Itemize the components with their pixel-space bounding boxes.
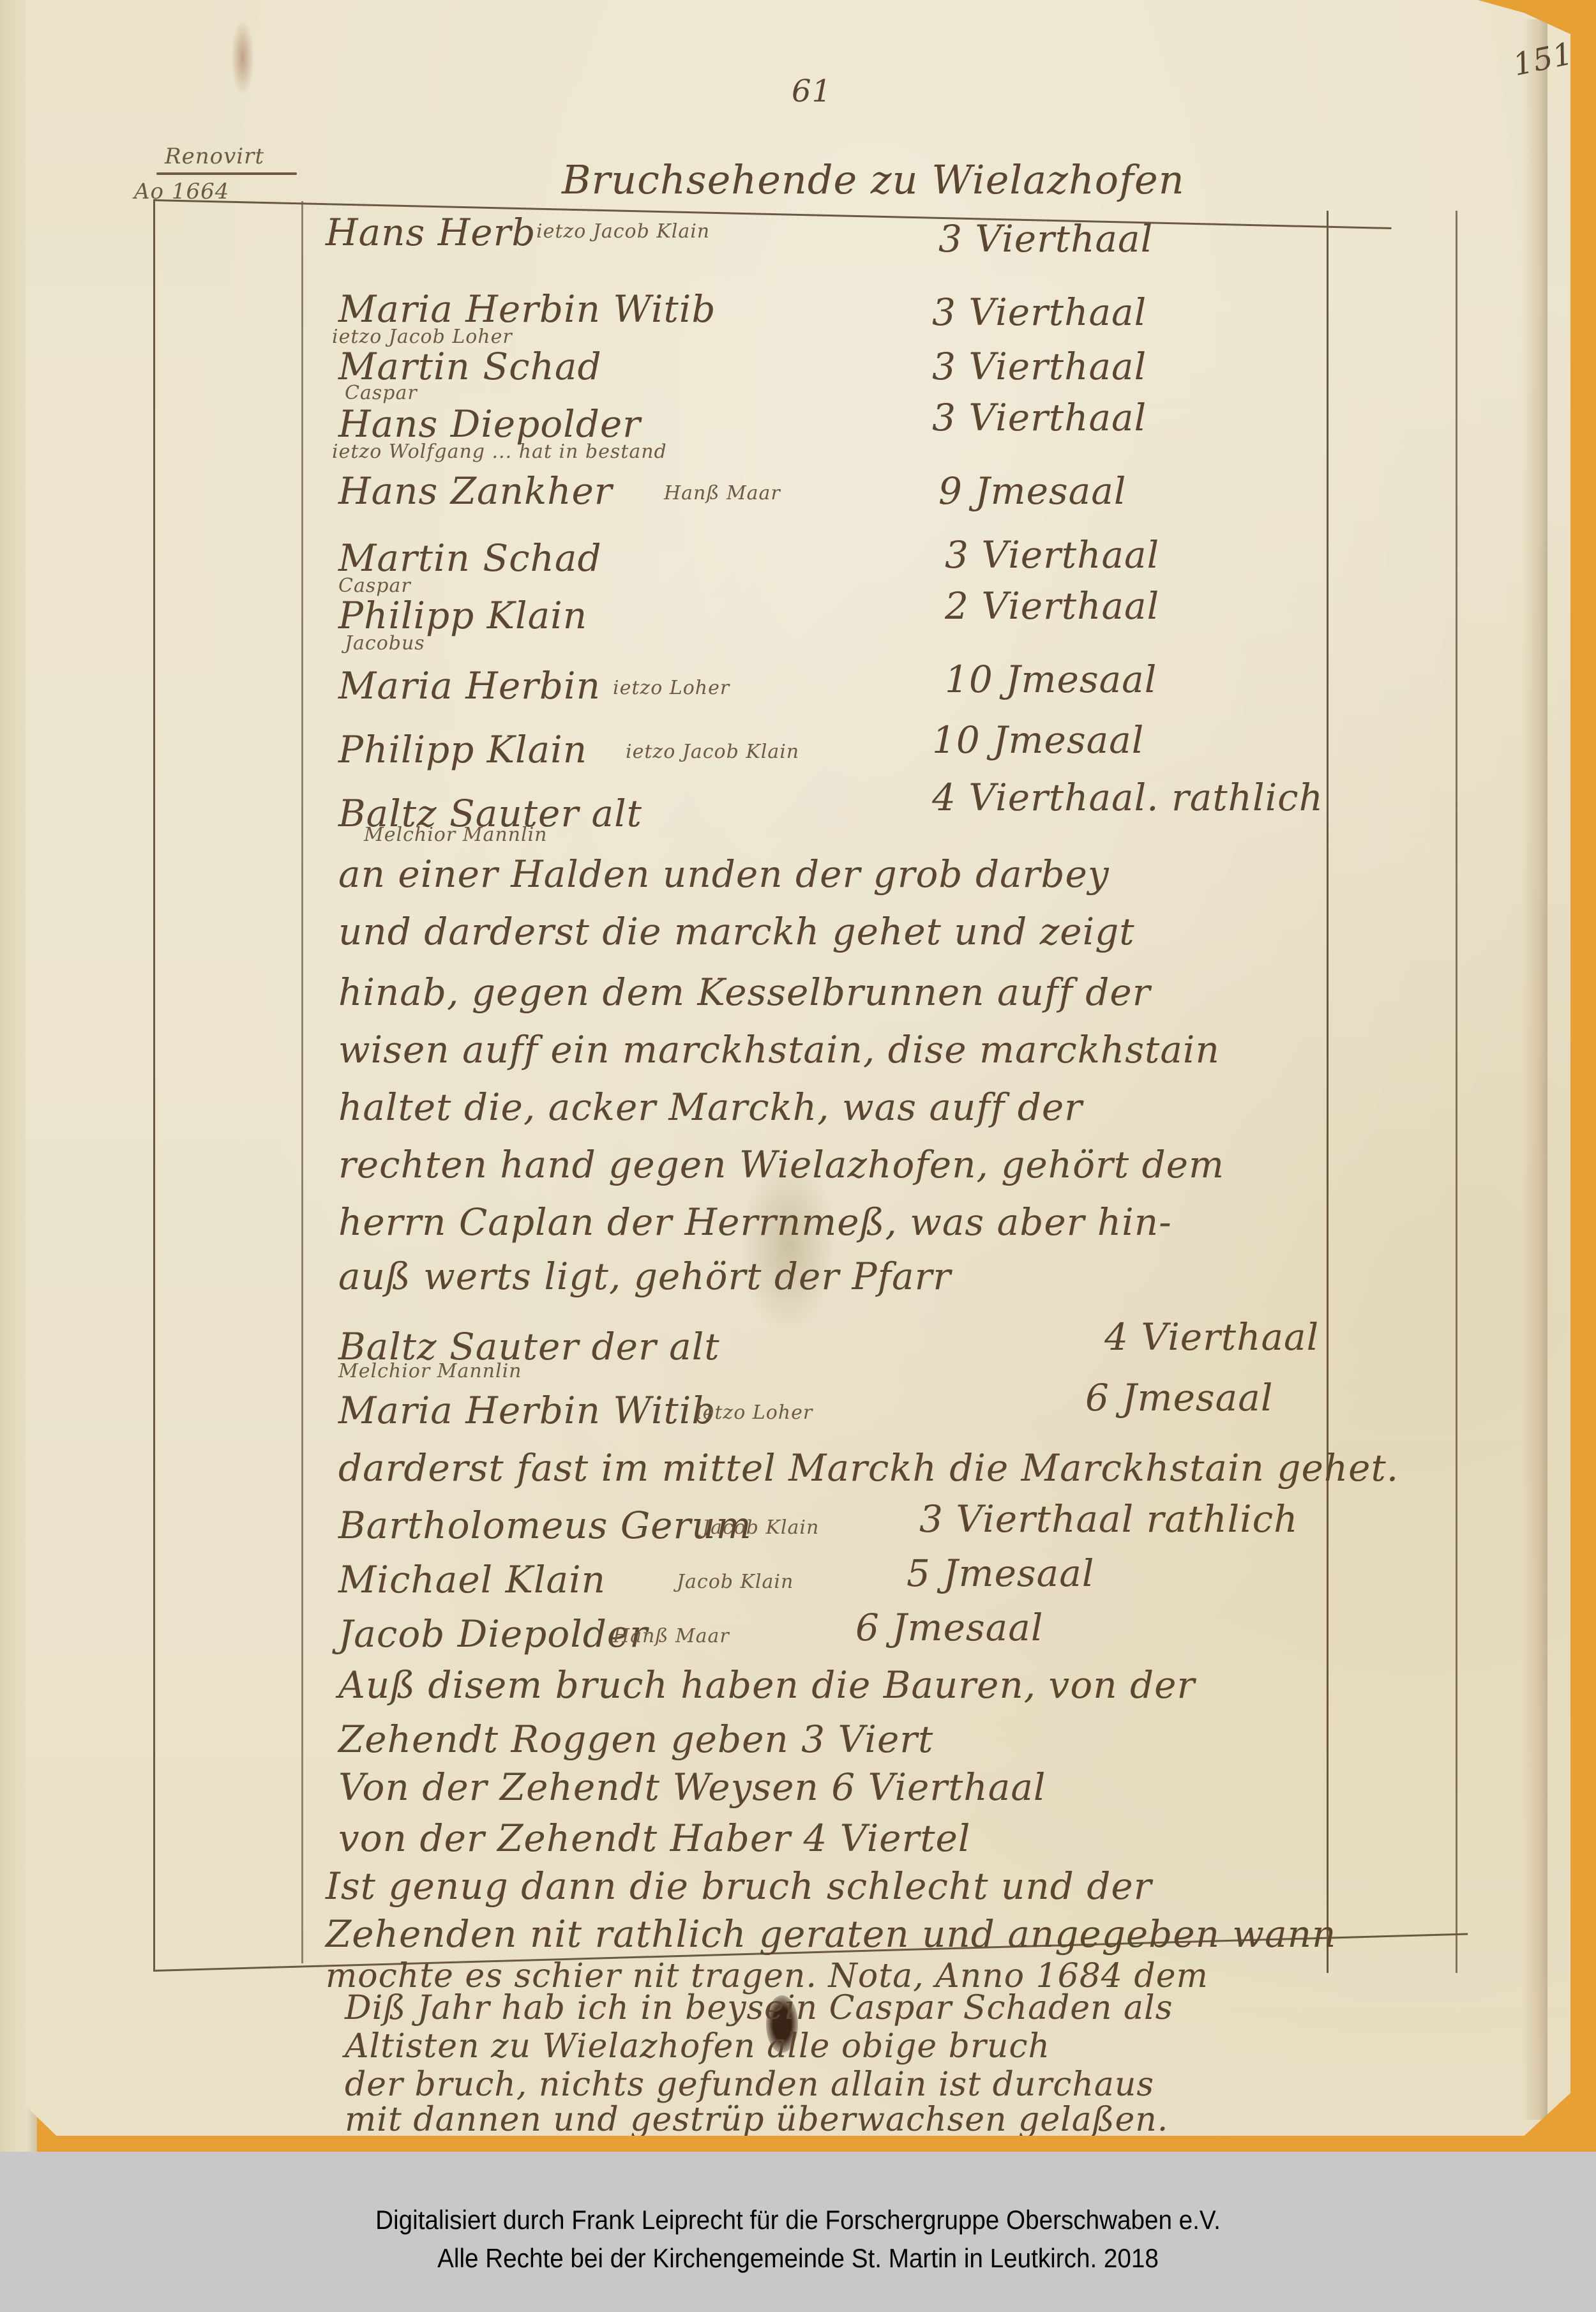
entry-note: Hanß Maar — [613, 1625, 730, 1647]
entry-note: ietzo Jacob Klain — [536, 220, 710, 243]
caption-rights: Alle Rechte bei der Kirchengemeinde St. … — [64, 2243, 1532, 2274]
entry-name: Jacob Diepolder — [338, 1612, 648, 1656]
page-edge-shadow — [1522, 19, 1547, 2120]
text-line: auß werts ligt, gehört der Pfarr — [338, 1255, 951, 1298]
entry-name: Bartholomeus Gerum — [338, 1504, 752, 1547]
entry-note: ietzo Wolfgang ... hat in bestand — [332, 441, 667, 463]
entry-amount: 6 Jmesaal — [855, 1606, 1043, 1649]
entry-note: Melchior Mannlin — [338, 1360, 522, 1382]
entry-amount: 4 Vierthaal — [1104, 1315, 1319, 1359]
entry-note: Jacobus — [345, 632, 425, 654]
manuscript-page: 61 151 Renovirt Ao 1664 Bruchsehende zu … — [26, 0, 1570, 2136]
entry-amount: 3 Vierthaal — [938, 217, 1153, 261]
entry-amount: 9 Jmesaal — [938, 469, 1126, 513]
margin-note-line1: Renovirt — [165, 144, 264, 169]
entry-amount: 3 Vierthaal — [945, 533, 1159, 577]
text-line: wisen auff ein marckhstain, dise marckhs… — [338, 1028, 1220, 1071]
caption-digitization: Digitalisiert durch Frank Leiprecht für … — [64, 2205, 1532, 2235]
entry-amount: 6 Jmesaal — [1085, 1376, 1273, 1419]
entry-name: Philipp Klain — [338, 594, 587, 637]
entry-amount: 10 Jmesaal — [932, 718, 1144, 762]
entry-amount: 2 Vierthaal — [945, 584, 1159, 628]
entry-name: Michael Klain — [338, 1558, 606, 1601]
margin-note-underline — [156, 172, 297, 175]
entry-note: Jacob Klain — [677, 1571, 794, 1593]
entry-name: Hans Herb — [326, 211, 536, 254]
entry-note: Melchior Mannlin — [364, 824, 547, 846]
folio-number: 151 — [1510, 36, 1576, 83]
text-line: rechten hand gegen Wielazhofen, gehört d… — [338, 1143, 1224, 1186]
frame-far-right-rule — [1456, 211, 1457, 1973]
text-line: und darderst die marckh gehet und zeigt — [338, 910, 1135, 953]
margin-note-line2: Ao 1664 — [134, 179, 229, 204]
foxing-spot — [231, 19, 254, 96]
frame-left-rule — [153, 199, 155, 1971]
entry-note: ietzo Loher — [613, 677, 730, 699]
page-number-center: 61 — [792, 73, 832, 109]
entry-name: Maria Herbin — [338, 664, 601, 707]
entry-amount: 4 Vierthaal. rathlich — [932, 776, 1323, 819]
entry-name: Maria Herbin Witib — [338, 1389, 716, 1432]
entry-amount: 10 Jmesaal — [945, 658, 1157, 701]
text-line: Diß Jahr hab ich in beysein Caspar Schad… — [345, 1989, 1173, 2027]
text-line: Zehendt Roggen geben 3 Viert — [338, 1718, 933, 1761]
text-line: haltet die, acker Marckh, was auff der — [338, 1085, 1083, 1129]
entry-note: Jacob Klain — [702, 1516, 819, 1539]
text-line: Ist genug dann die bruch schlecht und de… — [326, 1864, 1152, 1908]
archive-caption-band: Digitalisiert durch Frank Leiprecht für … — [0, 2152, 1596, 2312]
text-line: der bruch, nichts gefunden allain ist du… — [345, 2066, 1154, 2104]
entry-note: Caspar — [345, 382, 418, 404]
entry-note: ietzo Jacob Klain — [626, 741, 799, 763]
entry-amount: 5 Jmesaal — [907, 1552, 1094, 1595]
text-line: Von der Zehendt Weysen 6 Vierthaal — [338, 1765, 1046, 1809]
entry-name: Martin Schad — [338, 536, 602, 580]
text-line: herrn Caplan der Herrnmeß, was aber hin- — [338, 1200, 1172, 1244]
text-line: Zehenden nit rathlich geraten und angege… — [326, 1912, 1336, 1956]
text-line: Altisten zu Wielazhofen alle obige bruch — [345, 2027, 1050, 2066]
text-line: darderst fast im mittel Marckh die Marck… — [338, 1446, 1399, 1490]
entry-name: Maria Herbin Witib — [338, 287, 716, 331]
frame-right-rule — [1327, 211, 1329, 1973]
entry-amount: 3 Vierthaal rathlich — [919, 1497, 1299, 1541]
entry-note: ietzo Loher — [696, 1402, 813, 1424]
entry-note: Hanß Maar — [664, 482, 781, 504]
text-line: an einer Halden unden der grob darbey — [338, 852, 1110, 896]
entry-amount: 3 Vierthaal — [932, 345, 1147, 388]
entry-name: Hans Zankher — [338, 469, 613, 513]
text-line: hinab, gegen dem Kesselbrunnen auff der — [338, 971, 1150, 1014]
entry-amount: 3 Vierthaal — [932, 396, 1147, 439]
text-line: mit dannen und gestrüp überwachsen gelaß… — [345, 2101, 1168, 2139]
frame-inner-left-rule — [301, 201, 303, 1963]
text-line: von der Zehendt Haber 4 Viertel — [338, 1817, 970, 1860]
entry-amount: 3 Vierthaal — [932, 291, 1147, 334]
entry-name: Hans Diepolder — [338, 402, 641, 446]
page-title: Bruchsehende zu Wielazhofen — [562, 156, 1185, 203]
text-line: Auß disem bruch haben die Bauren, von de… — [338, 1663, 1195, 1707]
entry-name: Philipp Klain — [338, 728, 587, 771]
